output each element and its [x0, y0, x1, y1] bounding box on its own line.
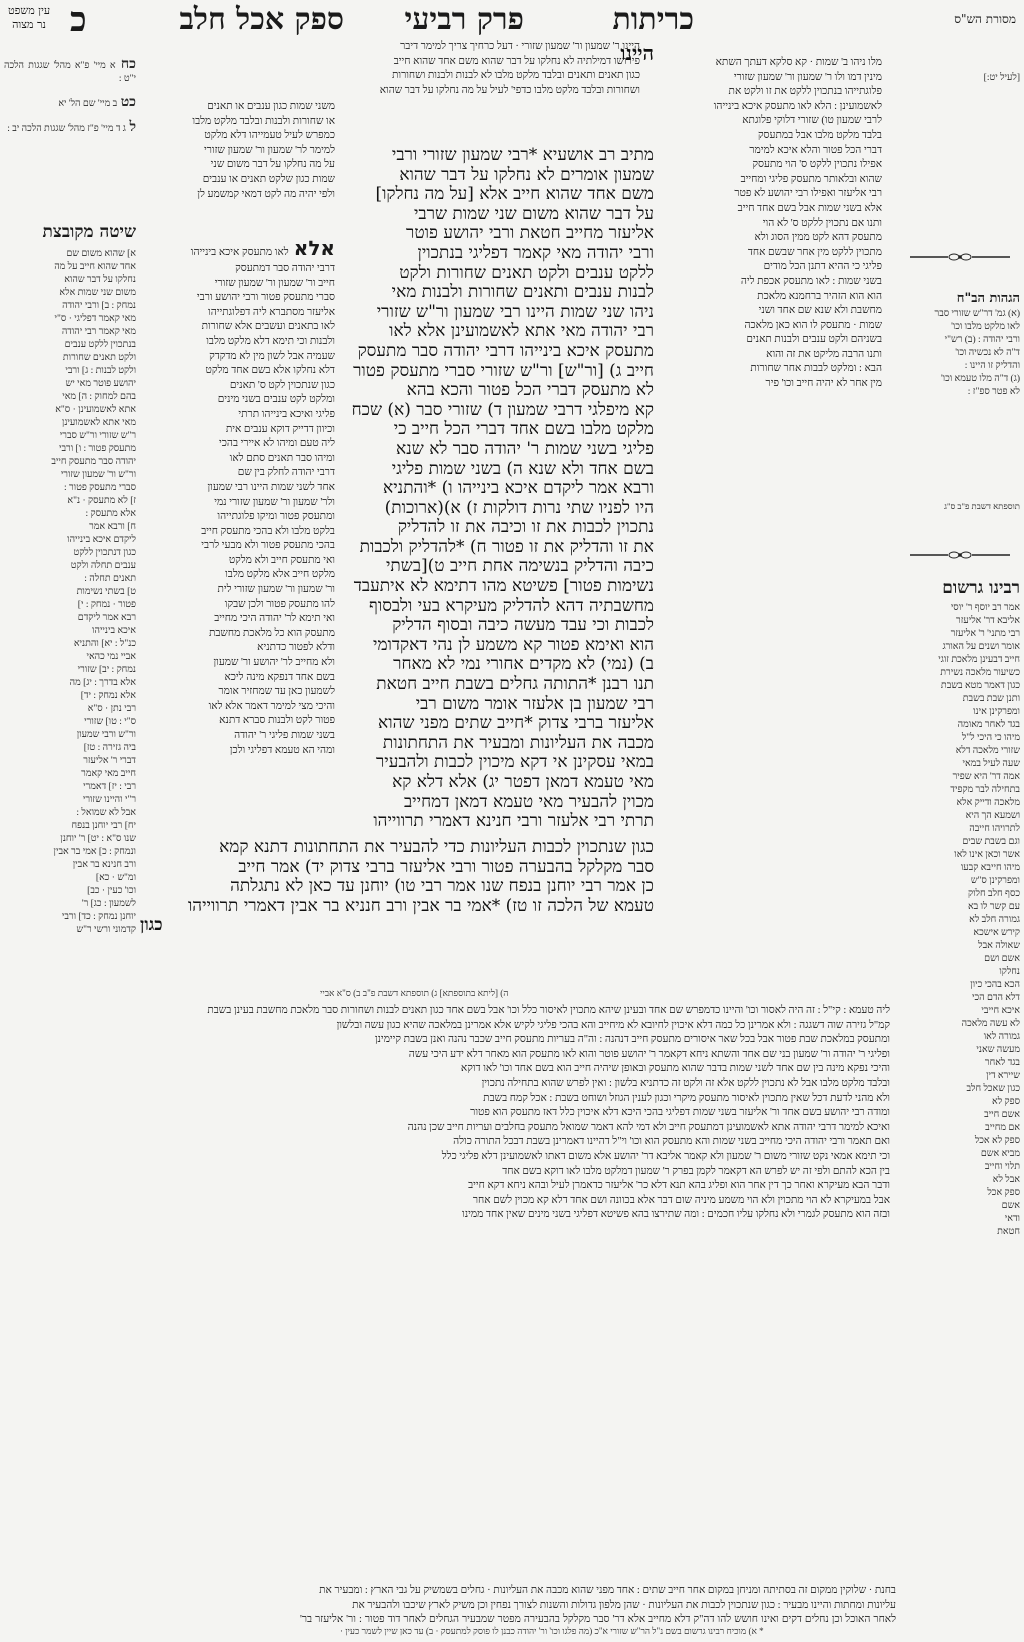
rabbenu-gershom-line: בגד לאחר מאומה: [900, 719, 1020, 732]
chapter-name: ספק אכל חלב: [179, 2, 344, 37]
shita-mekubetzet-column: א] שהוא משום שםאחד שהוא חייב על מהנחלקו …: [4, 248, 136, 1638]
ein-mishpat-text: ג ד מיי' פ"ז מהל' שגגות הלכה יב :: [7, 124, 126, 134]
rabbenu-gershom-line: בתחילה לבר מקפיד: [900, 784, 1020, 797]
gemara-line: שמעון אומרים לא נחלקו על דבר שהוא: [344, 166, 654, 186]
tosafot-line: בהכי מתעסק פטור ולא מבעי לרבי: [140, 539, 335, 554]
tosafot-upper-column: משני שמות כגון ענבים או תאניםאו שחורות ו…: [140, 100, 335, 243]
tosefta-note: תוספתא דשבת פ"ב ס"ג: [900, 500, 1020, 514]
rabbenu-gershom-line: וגם בשבת שבים: [900, 836, 1020, 849]
shita-line: א] שהוא משום שם: [4, 248, 136, 261]
rabbenu-gershom-line: ומפרקינן ס"ש: [900, 875, 1020, 888]
rashi-line: הוא הוא הזהיר ברחמנא מלאכת: [664, 290, 882, 305]
tosafot-line: ומתעסק פטור ומיקו פלוגתייהו: [140, 510, 335, 525]
gemara-line: אליעזר מחייב חטאת ורבי יהושע פוטר: [344, 224, 654, 244]
hagahot-line: (א) גמ' דר"ש שזורי סבר: [900, 308, 1020, 321]
shita-line: משום שני שמות אלא: [4, 287, 136, 300]
page-header: מסורת הש"ס ספק אכל חלב פרק רביעי כריתות …: [0, 0, 1024, 40]
tosafot-line: שמות כגון שלקט תאנים או ענבים: [140, 173, 335, 188]
gemara-opening-word: היינו: [620, 44, 654, 65]
tosafot-line: ולא מחייב לר' יהושע ור' שמעון: [140, 656, 335, 671]
rabbenu-gershom-line: אשם: [900, 1200, 1020, 1213]
rabbenu-gershom-line: גמורה לאו: [900, 1031, 1020, 1044]
rabbenu-gershom-line: שאולה אבל: [900, 940, 1020, 953]
gemara-line: בשם אחד ולא שנא ה) בשני שמות פליגי: [344, 460, 654, 480]
tosafot-line: ליה טעם ומיהו לא איירי בהכי: [140, 437, 335, 452]
tosafot-line: בלקט מלבו ולא בהכי מתעסק חייב: [140, 525, 335, 540]
rashi-line: מינין דמו ולו ר' שמעון ור' שמעון שזורי: [664, 71, 882, 86]
rabbenu-gershom-line: הכא בהכי כיון: [900, 979, 1020, 992]
rabbenu-gershom-line: כשיעור מלאכה נשירת: [900, 667, 1020, 680]
gemara-line: ללקט ענבים ולקט תאנים שחורות ולקט: [344, 264, 654, 284]
rashi-line: פלוגתייהו בנתכוין ללקט את זו ולקט את: [664, 85, 882, 100]
tosafot-line: ולפי יהיה מה לקט דמאי קמשמע לן: [140, 188, 335, 203]
shita-line: ס"י : טו] שזורי: [4, 716, 136, 729]
commentary-line: ולא מהני לדעת דכל שאין מתכוין לאיסור מתע…: [140, 1092, 890, 1107]
tosafot-line: ור' שמעון ור' שמעון שזורי לית: [140, 583, 335, 598]
shita-line: אחד שהוא חייב על מה: [4, 261, 136, 274]
gemara-line: רבי שמעון בן אלעזר אומר משום רבי: [344, 695, 654, 715]
shita-line: סברי מתעסק פטור :: [4, 482, 136, 495]
gemara-line: טעמא של הלכה זו טז) *אמי בר אבין ורב חננ…: [140, 897, 654, 917]
shita-line: מתעסק פטור : ו] ורבי: [4, 443, 136, 456]
shita-line: אלא נמחק : יד]: [4, 690, 136, 703]
rabbenu-gershom-line: נחלקו: [900, 966, 1020, 979]
shita-line: נחלקו על דבר שהוא: [4, 274, 136, 287]
rabbenu-gershom-line: אבל לא: [900, 1174, 1020, 1187]
shita-line: נמחק : יב] שזורי: [4, 664, 136, 677]
shita-line: יהודה סבר מתעסק חייב: [4, 456, 136, 469]
hagahot-habach-heading: הגהות הב"ח: [900, 290, 1020, 310]
rabbenu-gershom-line: אמה דר' היא שפיר: [900, 771, 1020, 784]
commentary-line: אבל במעיקרא לא הוי מתכוין ולא הוי משמע מ…: [140, 1194, 890, 1209]
rashi-line: מלו ניהו ב' שמות · קא סלקא דעתך השתא: [664, 56, 882, 71]
gemara-line: מכבה את העליונות ומבעיר את התחתונות: [344, 734, 654, 754]
ornament-divider: [900, 252, 1020, 262]
shita-line: יוחנן נמחק : כד] ורבי: [4, 911, 136, 924]
rabbenu-gershom-line: אמר רב יוסף ר' יוסי: [900, 602, 1020, 615]
rabbenu-gershom-line: לתרויהו חייבה: [900, 823, 1020, 836]
shita-line: בהם למחוק : ה] מאי: [4, 391, 136, 404]
hagahot-line: (ג) ד"ה מלו טעמא וכו': [900, 373, 1020, 386]
shita-line: ענבים תחלה ולקט: [4, 560, 136, 573]
shita-line: קדמוני ורשי ר"ש: [4, 924, 136, 937]
gemara-line: מחשבתיה דהא להדליק מעיקרא בעי ולבסוף: [344, 597, 654, 617]
tosafot-line: משני שמות כגון ענבים או תאנים: [140, 100, 335, 115]
commentary-line: ואם תאמר ורבי יהודה היכי מחייב בשני שמות…: [140, 1135, 890, 1150]
ornament-icon: [910, 550, 1010, 560]
gemara-line: אליעזר ברבי צדוק *חייב שתים מפני שהוא: [344, 714, 654, 734]
rashi-line: דברי הכל פטור והלא איכא למימר: [664, 144, 882, 159]
rabbenu-gershom-line: ספק לא: [900, 1096, 1020, 1109]
gemara-line: היו לפניו שתי נרות דולקות ז) א)(ארוכות): [344, 499, 654, 519]
tosafot-line: כמפרש לעיל טעמייהו דלא מלקט: [140, 129, 335, 144]
gemara-line: תרתי רבי אלעזר ורבי חנינא דאמרי תרווייהו: [344, 812, 654, 832]
rashi-line: הבא : ומלקט לבבות אחר שחורות: [664, 362, 882, 377]
rashi-line: ותנו הרבה מליקט את זה והוא: [664, 348, 882, 363]
shita-line: ורב חנינא בר אבין: [4, 859, 136, 872]
rabbenu-gershom-line: ודאי: [900, 1213, 1020, 1226]
commentary-line: ומתעסק במלאכת שבת פטור אבל בכל שאר איסור…: [140, 1033, 890, 1048]
shita-line: אלא מתעסק :: [4, 508, 136, 521]
gemara-wide-text: כגון שנתכוין לכבות העליונות כדי להבעיר א…: [140, 838, 654, 998]
commentary-line: בין הכא להתם ולפי זה יש לפרש הא דקאמר לק…: [140, 1165, 890, 1180]
gemara-line: במאי עסקינן אי דקא מיכוין לכבות ולהבעיר: [344, 753, 654, 773]
shita-line: נמחק : ב] ורבי יהודה: [4, 300, 136, 313]
talmud-page: מסורת הש"ס ספק אכל חלב פרק רביעי כריתות …: [0, 0, 1024, 1642]
lower-gloss: בחנת · שלוקין ממקום זה בסתיתה ומניחן במק…: [300, 1584, 896, 1628]
tosafot-line: על מה נחלקו על דבר משום שני: [140, 158, 335, 173]
tosafot-ela-line: אלא לאו מתעסק איכא בינייהו: [140, 236, 335, 260]
rabbenu-gershom-line: ותנן שבת בשבת: [900, 693, 1020, 706]
gemara-line: מלקט מלבו בשם אחד דברי הכל חייב כי: [344, 420, 654, 440]
shita-line: שנו ס"א : יט] ר' יוחנן: [4, 833, 136, 846]
rabbenu-gershom-line: מביא אשם: [900, 1148, 1020, 1161]
shita-line: רבי : יז] דאמרי: [4, 781, 136, 794]
shita-line: ור"ש ורבי שמעון: [4, 729, 136, 742]
shita-line: חייב מאי קאמר: [4, 768, 136, 781]
rabbenu-gershom-line: אשם ושם: [900, 953, 1020, 966]
rabbenu-gershom-line: מיהו כי היכי ל"ל: [900, 732, 1020, 745]
ein-mishpat-text: ב מיי' שם הל' יא: [58, 99, 117, 109]
gemara-line: הוא ואימא פטור קא משמע לן נהי דאקדומי: [344, 636, 654, 656]
shita-line: ז] לא מתעסק · נ"א: [4, 495, 136, 508]
commentary-line: והיכי נפקא מינה בין שם אחד לשני שמות בדב…: [140, 1062, 890, 1077]
hagahot-line: ורבי יהודה : (ב) רש"י: [900, 334, 1020, 347]
rabbenu-gershom-heading: רבינו גרשום: [900, 578, 1020, 602]
rashi-line: בשני שמות : לאו מתעסק אכפת ליה: [664, 275, 882, 290]
tosafot-line: ולר' שמעון ור' שמעון שזורי נמי: [140, 496, 335, 511]
rashi-line: שמות · מתעסק לו הוא כאן מלאכה: [664, 319, 882, 334]
rashi-line: מין אחר לא יהיה חייב וכו' פיר: [664, 377, 882, 392]
shita-line: איכא בינייהו: [4, 625, 136, 638]
rabbenu-gershom-line: שזורי מלאכה דלא: [900, 745, 1020, 758]
gemara-line: מתיב רב אושעיא *רבי שמעון שזורי ורבי: [344, 146, 654, 166]
shita-line: יח] רבי יוחנן בנפח: [4, 820, 136, 833]
rabbenu-gershom-line: שיירא דין: [900, 1070, 1020, 1083]
tosafot-line: ומלקט לקט ענבים בשני מינים: [140, 393, 335, 408]
shita-line: ר"ש שזורי ור"ש סברי: [4, 430, 136, 443]
commentary-line: ליה טעמא : קי"ל : זה היה לאסור וכו' והיי…: [140, 1004, 890, 1019]
tosafot-line: פליגי ואיכא בינייהו תרתי: [140, 408, 335, 423]
shita-line: מאי קאמר רבי יהודה: [4, 326, 136, 339]
commentary-line: ומודה רבי יהושע בשם אחד ור' אליעזר בשני …: [140, 1106, 890, 1121]
rabbenu-gershom-line: חייב דבעינן מלאכת זוגי: [900, 654, 1020, 667]
rabbenu-gershom-line: בגד לאחר: [900, 1057, 1020, 1070]
shita-line: ליקדם איכא בינייהו: [4, 534, 136, 547]
hagahot-line: והדליק זו היינו :: [900, 360, 1020, 373]
rabbenu-gershom-line: מיהו חייבא קבעו: [900, 862, 1020, 875]
shita-line: ט] בשתי נשימות: [4, 586, 136, 599]
gemara-line: נתכוין לכבות את זו וכיבה את זו להדליק: [344, 518, 654, 538]
ein-mishpat-block: כח א מיי' פ"א מהל' שגגות הלכה י"ט :כט ב …: [4, 58, 136, 178]
shita-line: ור"ש ור' שמעון שזורי: [4, 469, 136, 482]
rabbenu-gershom-line: קירש אישכא: [900, 927, 1020, 940]
gemara-line: קא מיפלגי דרבי שמעון ד) שזורי סבר (א) שכ…: [344, 401, 654, 421]
rabbenu-gershom-line: מעשה שאני: [900, 1044, 1020, 1057]
rashi-line: בשניהם ולקט ענבים ולבנות תאנים: [664, 333, 882, 348]
tosafot-line: דרבי יהודה סבר דמתעסק: [140, 262, 335, 277]
tosafot-line: למימר לר' שמעון ור' שמעון שזורי: [140, 144, 335, 159]
gemara-line: ב) (נמי) לא מקדים אחורי נמי לא מאחר: [344, 655, 654, 675]
rabbenu-gershom-line: כגון דאמר מטא בשבת: [900, 680, 1020, 693]
ornament-icon: [910, 252, 1010, 262]
rashi-line: אפילו נתכוין ללקט ס' הוי מתעסק: [664, 158, 882, 173]
gemara-line: מתעסק איכא בינייהו דרבי יהודה סבר מתעסק: [344, 342, 654, 362]
rashi-line: שהוא ובלאותר מתעסק פליגי ומחייב: [664, 173, 882, 188]
rashi-line: אלא בשני שמות אבל בשם אחד חייב: [664, 202, 882, 217]
tosafot-line: ומיהו סבר תאנים סתם לאו: [140, 452, 335, 467]
shita-line: פטור · נמחק : י]: [4, 599, 136, 612]
tosafot-line: אליעזר מסתברא ליה דפלוגתייהו: [140, 306, 335, 321]
daf-number: כ: [70, 0, 87, 40]
gemara-main-text: מתיב רב אושעיא *רבי שמעון שזורי ורבישמעו…: [344, 146, 654, 836]
shita-line: ולקט תאנים שחורות: [4, 352, 136, 365]
tosafot-line: סברי מתעסק פטור ורבי יהושע ורבי: [140, 291, 335, 306]
tosafot-line: ושחורות ובלבד מלקט מלבו כדפי' לעיל על מה…: [140, 84, 640, 99]
tosafot-line: בשם אחד דנפקא מינה ליכא: [140, 671, 335, 686]
tosafot-line: מלקט חייב אלא מלקט מלבו: [140, 568, 335, 583]
gemara-line: את זו והדליק את זו פטור ח) *להדליק ולכבו…: [344, 538, 654, 558]
lower-commentary: ליה טעמא : קי"ל : זה היה לאסור וכו' והיי…: [140, 1004, 890, 1584]
rashi-line: לרבי שמעון טו) שזורי דלוקי פלוגתא: [664, 114, 882, 129]
rabbenu-gershom-line: אליבא דר' אליעזר: [900, 615, 1020, 628]
rabbenu-gershom-line: אשם חייב: [900, 1109, 1020, 1122]
commentary-line: וכי תימא אמאי נקט שזורי משום ר' שמעון ול…: [140, 1150, 890, 1165]
tosafot-line: בשני שמות פליגי ר' יהודה: [140, 729, 335, 744]
gemara-line: כגון שנתכוין לכבות העליונות כדי להבעיר א…: [140, 838, 654, 858]
gemara-line: על דבר שהוא משום שני שמות שרבי: [344, 205, 654, 225]
rabbenu-gershom-line: תלוי וחייב: [900, 1161, 1020, 1174]
rabbenu-gershom-line: כסף חלב חלוק: [900, 888, 1020, 901]
gemara-line: ורבי יהודה מאי קאמר דפליגי בנתכוין: [344, 244, 654, 264]
gemara-line: ורבא אמר ליקדם איכא בינייהו ו) *והתניא: [344, 479, 654, 499]
rabbenu-gershom-line: איכא חייבי: [900, 1005, 1020, 1018]
rabbenu-gershom-line: חטאת: [900, 1226, 1020, 1239]
rabbenu-gershom-line: ספק לא אכל: [900, 1135, 1020, 1148]
tosafot-line: והיכי מצי למימר דאמר אלא לאו: [140, 700, 335, 715]
shita-line: כגון דנתכוין ללקט: [4, 547, 136, 560]
tractate-name: כריתות: [612, 2, 694, 37]
tosafot-line: לשמעון כאן עד שמחזיר אומר: [140, 685, 335, 700]
gemara-line: מכוין להבעיר מאי טעמא דמאן דמחייב: [344, 793, 654, 813]
ein-mishpat-label: עין משפט נר מצוה: [8, 4, 50, 32]
shita-line: יהושע פוטר מאי יש: [4, 378, 136, 391]
tosafot-line: וכיוון דדייק דוקא ענבים אית: [140, 423, 335, 438]
gemara-line: חייב ג) [ור"ש] ור"ש שזורי סברי מתעסק פטו…: [344, 362, 654, 382]
tosafot-line: או שחורות ולבנות ובלבד מלקט מלבו: [140, 115, 335, 130]
shita-line: אבל לא שמואל :: [4, 807, 136, 820]
rashi-line: מחשבת ולא שנא שם אחד ושני: [664, 304, 882, 319]
shita-line: כנ"ל : יא] והתניא: [4, 638, 136, 651]
rabbenu-gershom-line: רבי מתני' ר' אליעזר: [900, 628, 1020, 641]
rashi-line: רבי אליעזר ואפילו רבי יהושע לא פטר: [664, 187, 882, 202]
ein-mishpat-letter: כח: [116, 58, 136, 72]
rabbenu-gershom-line: כגון שאכל חלב: [900, 1083, 1020, 1096]
rabbenu-gershom-line: ספק אכל: [900, 1187, 1020, 1200]
ein-mishpat-letter: ל: [126, 120, 136, 135]
shita-line: וכו' כעין · כב]: [4, 885, 136, 898]
tosafot-line: כגון שנתכוין לקט ס' תאנים: [140, 379, 335, 394]
ein-mishpat-entry: כח א מיי' פ"א מהל' שגגות הלכה י"ט :: [4, 58, 136, 86]
shita-line: מאי קאמר דפליגי · ס"י: [4, 313, 136, 326]
rabbenu-gershom-line: שעה לעיל במאי: [900, 758, 1020, 771]
hagahot-line: לאו מלקט מלבו וכו': [900, 321, 1020, 334]
commentary-line: קמ"ל גזירה שוה דשגגה : ולא אמרינן כל כמה…: [140, 1019, 890, 1034]
shita-line: אביי נמי כהאי: [4, 651, 136, 664]
tosafot-line: כגון תאנים ותאנים ובלבד מלקט מלבו לא לבנ…: [140, 69, 640, 84]
rabbenu-gershom-line: אם מחייב: [900, 1122, 1020, 1135]
rashi-column: מלו ניהו ב' שמות · קא סלקא דעתך השתאמיני…: [664, 56, 882, 956]
shita-mekubetzet-heading: שיטה מקובצת: [4, 222, 136, 246]
tosafot-line: לאו בתאנים ועשבים אלא שחורות: [140, 320, 335, 335]
ornament-divider-2: [900, 550, 1020, 560]
rabbenu-gershom-line: עם קשר לו בא: [900, 901, 1020, 914]
rashi-line: פליגי כי ההיא דתנן הכל מודים: [664, 260, 882, 275]
tosafot-line: ואי תימא לר' יהודה היכי מחייב: [140, 612, 335, 627]
rabbenu-gershom-line: ושמעא הך היא: [900, 810, 1020, 823]
shita-line: ר"י והיינו שזורי: [4, 794, 136, 807]
shita-line: לשמעון : כג] ר': [4, 898, 136, 911]
gloss-line: עליונות ומחתות והיינו מבעיר : כגון שנתכו…: [300, 1599, 896, 1614]
rashi-line: ותנו אם נתכוין ללקט ס' לא הוי: [664, 217, 882, 232]
commentary-line: ופליגי ר' יהודה ור' שמעון בני שם אחד והש…: [140, 1048, 890, 1063]
ein-mishpat-letter: כט: [117, 95, 136, 110]
gemara-opening: היינו: [344, 44, 654, 66]
rabbenu-gershom-line: גמורה חלב לא: [900, 914, 1020, 927]
rashi-line: מתעסק דהא לקט ממין הסוג ולא: [664, 231, 882, 246]
gemara-line: לא מתעסק דברי הכל פטור והכא בהא: [344, 381, 654, 401]
tosafot-lower-column: דרבי יהודה סבר דמתעסקחייב ור' שמעון ור' …: [140, 262, 335, 842]
shita-line: רבא אמר ליקדם: [4, 612, 136, 625]
commentary-line: ובזה הוא מתעסק לגמרי ולא נחלקו עליו חכמי…: [140, 1208, 890, 1223]
tosafot-line: אחד לשני שמות היינו רבי שמעון: [140, 481, 335, 496]
gemara-footnotes: ה) [ליתא בתוספתא] ג) תוספתא דשבת פ"ב ב) …: [320, 988, 508, 998]
gemara-line: נשימות פטור] פשיטא מהו דתימא לא איתעבד: [344, 577, 654, 597]
gemara-line: סבר מקלקל בהבערה פטור ורבי אליעזר ברבי צ…: [140, 858, 654, 878]
rabbenu-gershom-line: מלאכה ודייק אלא: [900, 797, 1020, 810]
gemara-line: משם אחד שהוא חייב אלא [על מה נחלקו]: [344, 185, 654, 205]
gemara-closing-word: כגון: [140, 916, 654, 936]
rabbenu-gershom-line: דלא הדם הכי: [900, 992, 1020, 1005]
masoret-hashas-label: מסורת הש"ס: [954, 12, 1016, 27]
gemara-line: רבי יהודה מאי אתא לאשמועינן אלא לאו: [344, 322, 654, 342]
commentary-line: ובלבד מלקט מלבו אבל לא נתכוין ללקט אלא ז…: [140, 1077, 890, 1092]
chapter-number: פרק רביעי: [405, 2, 524, 37]
tosafot-line: דלא נחלקו אלא בשם אחד מלקט: [140, 364, 335, 379]
rabbenu-gershom-line: לא עשה מלאכה: [900, 1018, 1020, 1031]
commentary-line: ואיכא למימר דרבי יהודה אתא לאשמועינן דמת…: [140, 1121, 890, 1136]
shita-line: בנתכוין ללקט ענבים: [4, 339, 136, 352]
gemara-line: כן אמר רבי יוחנן בנפח שנו אמר רבי טו) יו…: [140, 877, 654, 897]
tosafot-line: ומהי הא טעמא דפליגי ולכן: [140, 744, 335, 759]
shita-line: ביה גזירה : טז]: [4, 742, 136, 755]
tosafot-line: חייב ור' שמעון ור' שמעון שזורי: [140, 277, 335, 292]
shita-line: אתא לאשמועינן · ס"א: [4, 404, 136, 417]
gemara-line: כיבה והדליק בנשימה אחת חייב ט)[בשתי: [344, 557, 654, 577]
tosafot-line: ודלא לפטור כדתניא: [140, 641, 335, 656]
shita-line: ח] ורבא אמר: [4, 521, 136, 534]
shita-line: אלא בדרך : יג] מה: [4, 677, 136, 690]
commentary-line: ודבר הבא מעיקרא ואחר כך דין אחר הוא ופלי…: [140, 1179, 890, 1194]
rabbenu-gershom-line: אומר ושנים על האורג: [900, 641, 1020, 654]
rabbenu-gershom-column: אמר רב יוסף ר' יוסיאליבא דר' אליעזררבי מ…: [900, 602, 1020, 1638]
page-footnote: * א) מוכיח רבינו גרשום בשם נ"ל הר"ש שזור…: [340, 1626, 764, 1636]
shita-line: ולקט לבנות : ג] ורבי: [4, 365, 136, 378]
gemara-line: ניהו שני שמות היינו רבי שמעון ור"ש שזורי: [344, 303, 654, 323]
hagahot-line: ד"ה לא נכשיה וכו': [900, 347, 1020, 360]
rabbenu-gershom-line: אשר וכאן אינו לאו: [900, 849, 1020, 862]
tosafot-line: פטור לקט ולבנות סברא דתנא: [140, 714, 335, 729]
masoret-note: [לעיל יט:]: [900, 72, 1020, 88]
ein-mishpat-entry: כט ב מיי' שם הל' יא: [4, 96, 136, 111]
rashi-line: בלבד מלקט מלבו אבל במתעסק: [664, 129, 882, 144]
tosafot-line: ואי מתעסק חייב ולא מלקט: [140, 554, 335, 569]
gemara-line: לכבות וכי עבד מעשה כיבה ובסוף הדליק: [344, 616, 654, 636]
rashi-line: מתכוין ללקט מין אחר שבשם אחד: [664, 246, 882, 261]
hagahot-habach-column: (א) גמ' דר"ש שזורי סברלאו מלקט מלבו וכו'…: [900, 308, 1020, 418]
gemara-line: פליגי בשני שמות ר' יהודה סבר לא שנא: [344, 440, 654, 460]
gemara-line: מאי טעמא דמאן דפטר יג) אלא דלא קא: [344, 773, 654, 793]
ein-mishpat-entry: ל ג ד מיי' פ"ז מהל' שגגות הלכה יב :: [4, 121, 136, 136]
tosafot-dibur-hamatchil: אלא: [294, 236, 335, 260]
tosafot-line: דרבי יהודה לחלק בין שם: [140, 466, 335, 481]
shita-line: ומ"ש · כא]: [4, 872, 136, 885]
hagahot-line: לא פטר ספ"ז :: [900, 386, 1020, 399]
shita-line: תאנים תחלה :: [4, 573, 136, 586]
shita-line: רבי נתן · ס"א: [4, 703, 136, 716]
gemara-line: תנו רבנן *התותה גחלים בשבת חייב חטאת: [344, 675, 654, 695]
shita-line: דברי ר' אליעזר: [4, 755, 136, 768]
tosafot-line: מתעסק הוא כל מלאכת מחשבת: [140, 627, 335, 642]
rabbenu-gershom-line: ומפרקינן אינו: [900, 706, 1020, 719]
shita-line: מאי אתא לאשמועינן: [4, 417, 136, 430]
rashi-line: לאשמועינן : הלא לאו מתעסק איכא בינייהו: [664, 100, 882, 115]
shita-line: ונמחק : כ] אמי בר אבין: [4, 846, 136, 859]
tosafot-line: להו מתעסק פטור ולכן שבקו: [140, 598, 335, 613]
tosafot-line: ולבנות וכי תימא דלא מלקט מלבו: [140, 335, 335, 350]
gemara-line: לבנות ענבים ותאנים שחורות ולבנות מאי: [344, 283, 654, 303]
tosafot-ela-text: לאו מתעסק איכא בינייהו: [191, 247, 289, 258]
tosafot-line: שעמיה אבל לשון מין לא מדקדק: [140, 350, 335, 365]
gloss-line: בחנת · שלוקין ממקום זה בסתיתה ומניחן במק…: [300, 1584, 896, 1599]
